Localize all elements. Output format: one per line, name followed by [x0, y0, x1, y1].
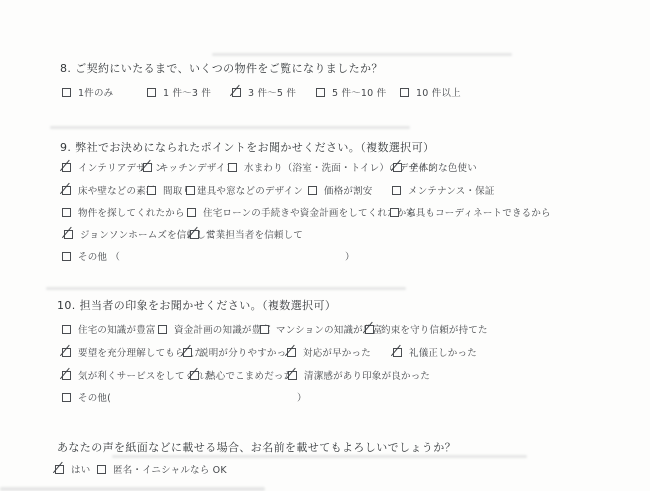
question-10-row-3: 気が利くサービスをしてくれた 熱心でこまめだった 清潔感があり印象が良かった — [0, 368, 650, 384]
question-9-row-1: インテリアデザイン キッチンデザイン 水まわり（浴室・洗面・トイレ）のデザイン … — [0, 160, 650, 176]
question-10-row-2: 要望を充分理解してもらえた 説明が分りやすかった 対応が早かった 礼儀正しかった — [0, 345, 650, 361]
checkbox-icon[interactable] — [190, 230, 199, 239]
q10-option-housing-knowledge[interactable]: 住宅の知識が豊富 — [62, 322, 156, 336]
checkbox-label: 5 件～10 件 — [332, 85, 386, 99]
final-option-yes[interactable]: はい — [55, 462, 90, 476]
checkbox-icon[interactable] — [62, 393, 71, 402]
q10-option-kept-promises[interactable]: 約束を守り信頼が持てた — [365, 322, 488, 336]
q10-option-clean-impression[interactable]: 清潔感があり印象が良かった — [288, 368, 430, 382]
checkbox-label: 住宅ローンの手続きや資金計画をしてくれたから — [203, 205, 416, 219]
checkbox-icon[interactable] — [390, 208, 399, 217]
checkbox-icon[interactable] — [232, 88, 241, 97]
scan-artifact — [0, 487, 265, 491]
checkbox-label: 3 件～5 件 — [248, 85, 296, 99]
checkbox-icon[interactable] — [62, 208, 71, 217]
checkbox-label: 床や壁などの素材 — [78, 183, 156, 197]
checkbox-icon[interactable] — [64, 230, 73, 239]
checkbox-label: 対応が早かった — [303, 345, 371, 359]
checkbox-label: キッチンデザイン — [159, 160, 235, 174]
checkbox-icon[interactable] — [62, 371, 71, 380]
checkbox-icon[interactable] — [400, 88, 409, 97]
q8-option-1to3[interactable]: 1 件～3 件 — [147, 85, 211, 99]
final-question-options: はい 匿名・イニシャルなら OK — [0, 462, 650, 478]
checkbox-label: 説明が分りやすかった — [199, 345, 296, 359]
checkbox-label: 資金計画の知識が豊富 — [174, 322, 271, 336]
q10-option-clear-explanation[interactable]: 説明が分りやすかった — [183, 345, 296, 359]
question-10-row-1: 住宅の知識が豊富 資金計画の知識が豊富 マンションの知識が豊富 約束を守り信頼が… — [0, 322, 650, 338]
q8-option-5to10[interactable]: 5 件～10 件 — [316, 85, 386, 99]
q9-option-property-search[interactable]: 物件を探してくれたから — [62, 205, 185, 219]
q10-option-financial-knowledge[interactable]: 資金計画の知識が豊富 — [158, 322, 271, 336]
checkbox-icon[interactable] — [392, 186, 401, 195]
checkbox-label: はい — [71, 462, 90, 476]
checkbox-icon[interactable] — [308, 186, 317, 195]
q10-option-polite[interactable]: 礼儀正しかった — [393, 345, 477, 359]
checkbox-label: 清潔感があり印象が良かった — [304, 368, 430, 382]
question-8-options: 1件のみ 1 件～3 件 3 件～5 件 5 件～10 件 10 件以上 — [0, 85, 650, 101]
checkbox-icon[interactable] — [62, 325, 71, 334]
q10-option-other[interactable]: その他( — [62, 390, 111, 404]
checkbox-icon[interactable] — [62, 186, 71, 195]
q9-option-overall-color[interactable]: 全体的な色使い — [393, 160, 477, 174]
checkbox-icon[interactable] — [190, 371, 199, 380]
checkbox-icon[interactable] — [62, 163, 71, 172]
question-9-row-4: ジョンソンホームズを信頼して 営業担当者を信頼して — [0, 227, 650, 243]
checkbox-label: メンテナンス・保証 — [408, 183, 495, 197]
checkbox-icon[interactable] — [228, 163, 237, 172]
q8-option-1only[interactable]: 1件のみ — [62, 85, 113, 99]
checkbox-label: 価格が割安 — [324, 183, 373, 197]
q8-option-10plus[interactable]: 10 件以上 — [400, 85, 461, 99]
checkbox-icon[interactable] — [316, 88, 325, 97]
checkbox-icon[interactable] — [143, 163, 152, 172]
checkbox-icon[interactable] — [260, 325, 269, 334]
checkbox-label: 住宅の知識が豊富 — [78, 322, 156, 336]
question-9-title: 9. 弊社でお決めになられたポイントをお聞かせください。（複数選択可） — [60, 139, 435, 155]
question-9-row-5: その他 （ ） — [0, 249, 650, 265]
checkbox-icon[interactable] — [147, 186, 156, 195]
checkbox-icon[interactable] — [97, 465, 106, 474]
question-9-row-3: 物件を探してくれたから 住宅ローンの手続きや資金計画をしてくれたから 家具もコー… — [0, 205, 650, 221]
q9-option-trust-sales-rep[interactable]: 営業担当者を信頼して — [190, 227, 303, 241]
scan-artifact — [50, 126, 410, 129]
checkbox-label: その他( — [78, 390, 111, 404]
checkbox-icon[interactable] — [147, 88, 156, 97]
checkbox-icon[interactable] — [62, 88, 71, 97]
final-option-anonymous-initial[interactable]: 匿名・イニシャルなら OK — [97, 462, 227, 476]
checkbox-label: 熱心でこまめだった — [206, 368, 293, 382]
checkbox-icon[interactable] — [62, 348, 71, 357]
scan-artifact — [112, 455, 527, 458]
question-10-row-4: その他( ） — [0, 390, 650, 406]
checkbox-label: 1件のみ — [78, 85, 113, 99]
checkbox-icon[interactable] — [183, 348, 192, 357]
q8-option-3to5[interactable]: 3 件～5 件 — [232, 85, 296, 99]
checkbox-icon[interactable] — [365, 325, 374, 334]
checkbox-icon[interactable] — [288, 371, 297, 380]
checkbox-label: 10 件以上 — [416, 85, 461, 99]
scan-artifact — [212, 53, 512, 56]
checkbox-label: その他 （ — [78, 249, 120, 263]
q9-option-low-price[interactable]: 価格が割安 — [308, 183, 373, 197]
scan-artifact — [46, 287, 406, 290]
q9-option-other[interactable]: その他 （ — [62, 249, 120, 263]
q9-other-close-paren: ） — [345, 249, 355, 263]
checkbox-label: 物件を探してくれたから — [78, 205, 185, 219]
checkbox-label: 家具もコーディネートできるから — [406, 205, 551, 219]
checkbox-icon[interactable] — [393, 163, 402, 172]
checkbox-icon[interactable] — [55, 465, 64, 474]
final-question-title: あなたの声を紙面などに載せる場合、お名前を載せてもよろしいでしょうか？ — [57, 439, 456, 455]
checkbox-icon[interactable] — [393, 348, 402, 357]
q10-option-enthusiastic[interactable]: 熱心でこまめだった — [190, 368, 293, 382]
survey-form-scan: 8. ご契約にいたるまで、いくつの物件をご覧になりましたか？ 1件のみ 1 件～… — [0, 0, 650, 491]
checkbox-label: 匿名・イニシャルなら OK — [113, 462, 227, 476]
q10-other-close-paren: ） — [297, 390, 307, 404]
q10-option-mansion-knowledge[interactable]: マンションの知識が豊富 — [260, 322, 382, 336]
checkbox-icon[interactable] — [187, 208, 196, 217]
checkbox-label: 礼儀正しかった — [409, 345, 477, 359]
checkbox-label: 建具や窓などのデザイン — [197, 183, 303, 197]
q9-option-fittings-windows-design[interactable]: 建具や窓などのデザイン — [186, 183, 303, 197]
question-8-title: 8. ご契約にいたるまで、いくつの物件をご覧になりましたか？ — [60, 60, 383, 76]
question-9-row-2: 床や壁などの素材 間取り 建具や窓などのデザイン 価格が割安 メンテナンス・保証 — [0, 183, 650, 199]
question-10-title: 10. 担当者の印象をお聞かせください。（複数選択可） — [57, 297, 336, 313]
checkbox-label: 約束を守り信頼が持てた — [381, 322, 488, 336]
q9-option-floor-wall-material[interactable]: 床や壁などの素材 — [62, 183, 156, 197]
checkbox-label: 営業担当者を信頼して — [206, 227, 303, 241]
checkbox-icon[interactable] — [62, 252, 71, 261]
checkbox-icon[interactable] — [186, 186, 195, 195]
checkbox-label: 全体的な色使い — [409, 160, 477, 174]
checkbox-label: 1 件～3 件 — [163, 85, 211, 99]
checkbox-icon[interactable] — [158, 325, 167, 334]
checkbox-icon[interactable] — [287, 348, 296, 357]
q10-option-quick-response[interactable]: 対応が早かった — [287, 345, 371, 359]
q9-option-loan-financial-plan[interactable]: 住宅ローンの手続きや資金計画をしてくれたから — [187, 205, 416, 219]
q9-option-furniture-coordinate[interactable]: 家具もコーディネートできるから — [390, 205, 551, 219]
q9-option-maintenance-warranty[interactable]: メンテナンス・保証 — [392, 183, 495, 197]
q9-option-kitchen-design[interactable]: キッチンデザイン — [143, 160, 235, 174]
